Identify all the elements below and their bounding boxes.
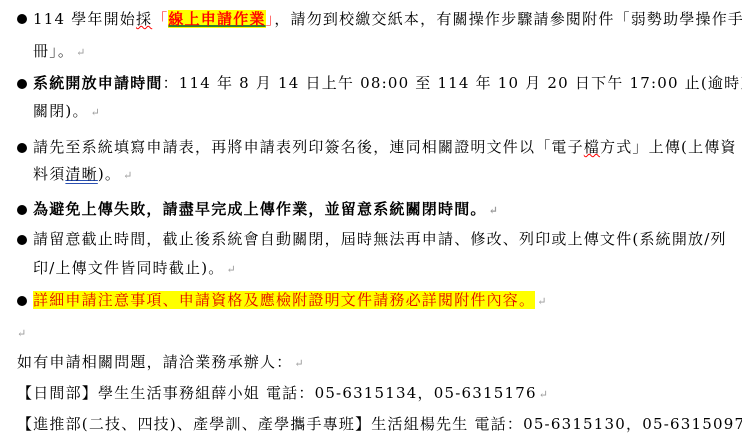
text: ，請勿到校繳交紙本，有關操作步驟請參閱附件「弱勢助學操作手 bbox=[274, 10, 742, 28]
bullet-icon bbox=[17, 296, 27, 306]
highlighted-notice: 詳細申請注意事項、申請資格及應檢附證明文件請務必詳閱附件內容。 bbox=[33, 291, 535, 309]
bullet-icon bbox=[17, 14, 27, 24]
text: 印/上傳文件皆同時截止)。 bbox=[33, 259, 225, 277]
text: 方式」上傳(上傳資 bbox=[600, 138, 737, 156]
text: 請先至系統填寫申請表，再將申請表列印簽名後，連同相關證明文件以「電子 bbox=[33, 138, 584, 156]
paragraph-mark-icon: ↵ bbox=[537, 295, 546, 308]
item-6-line-1: 詳細申請注意事項、申請資格及應檢附證明文件請務必詳閱附件內容。↵ bbox=[33, 290, 546, 312]
contact-intro: 如有申請相關問題，請洽業務承辦人：↵ bbox=[17, 352, 304, 374]
empty-paragraph: ↵ bbox=[17, 322, 26, 344]
text: 料須 bbox=[33, 165, 65, 183]
bullet-icon bbox=[17, 143, 27, 153]
item-2-line-1: 系統開放申請時間：114 年 8 月 14 日上午 08:00 至 114 年 … bbox=[33, 73, 742, 93]
text: 冊」。 bbox=[33, 42, 74, 60]
paragraph-mark-icon: ↵ bbox=[123, 169, 132, 182]
bold-warning: 為避免上傳失敗，請盡早完成上傳作業，並留意系統關閉時間。 bbox=[33, 200, 487, 218]
bullet-icon bbox=[17, 205, 27, 215]
bold-label: 系統開放申請時間 bbox=[33, 74, 163, 92]
text: 關閉)。 bbox=[33, 102, 89, 120]
item-5-line-1: 請留意截止時間，截止後系統會自動關閉，屆時無法再申請、修改、列印或上傳文件(系統… bbox=[33, 229, 727, 249]
text: )。 bbox=[98, 165, 121, 183]
text: 114 學年開始 bbox=[33, 10, 136, 28]
spellcheck-word[interactable]: 檔 bbox=[584, 138, 600, 156]
bracket: 」 bbox=[266, 10, 275, 28]
text: 【進推部(二技、四技)、產學訓、產學攜手專班】生活組楊先生 電話：05-6315… bbox=[17, 415, 742, 433]
text: 如有申請相關問題，請洽業務承辦人： bbox=[17, 353, 292, 371]
text: 請留意截止時間，截止後系統會自動關閉，屆時無法再申請、修改、列印或上傳文件(系統… bbox=[33, 230, 727, 248]
item-4-line-1: 為避免上傳失敗，請盡早完成上傳作業，並留意系統關閉時間。↵ bbox=[33, 199, 498, 221]
highlighted-keyword: 線上申請作業 bbox=[168, 10, 265, 28]
paragraph-mark-icon: ↵ bbox=[539, 388, 548, 401]
bracket: 「 bbox=[152, 10, 168, 28]
spellcheck-word[interactable]: 採 bbox=[136, 10, 152, 28]
paragraph-mark-icon: ↵ bbox=[17, 327, 26, 340]
paragraph-mark-icon: ↵ bbox=[294, 357, 303, 370]
bullet-icon bbox=[17, 79, 27, 89]
item-3-line-2: 料須清晰)。↵ bbox=[33, 164, 132, 186]
paragraph-mark-icon: ↵ bbox=[489, 204, 498, 217]
bullet-icon bbox=[17, 235, 27, 245]
contact-day-division: 【日間部】學生生活事務組薛小姐 電話：05-6315134，05-6315176… bbox=[17, 383, 548, 405]
grammar-check-word[interactable]: 清晰 bbox=[65, 165, 97, 183]
contact-evening-division: 【進推部(二技、四技)、產學訓、產學攜手專班】生活組楊先生 電話：05-6315… bbox=[17, 414, 742, 436]
text: ：114 年 8 月 14 日上午 08:00 至 114 年 10 月 20 … bbox=[163, 74, 742, 92]
item-5-line-2: 印/上傳文件皆同時截止)。↵ bbox=[33, 258, 236, 280]
item-3-line-1: 請先至系統填寫申請表，再將申請表列印簽名後，連同相關證明文件以「電子檔方式」上傳… bbox=[33, 137, 737, 157]
item-2-line-2: 關閉)。↵ bbox=[33, 101, 100, 123]
paragraph-mark-icon: ↵ bbox=[76, 46, 85, 59]
item-1-line-2: 冊」。↵ bbox=[33, 41, 85, 63]
paragraph-mark-icon: ↵ bbox=[91, 106, 100, 119]
paragraph-mark-icon: ↵ bbox=[227, 263, 236, 276]
item-1-line-1: 114 學年開始採「線上申請作業」，請勿到校繳交紙本，有關操作步驟請參閱附件「弱… bbox=[33, 9, 742, 29]
text: 【日間部】學生生活事務組薛小姐 電話：05-6315134，05-6315176 bbox=[17, 384, 537, 402]
